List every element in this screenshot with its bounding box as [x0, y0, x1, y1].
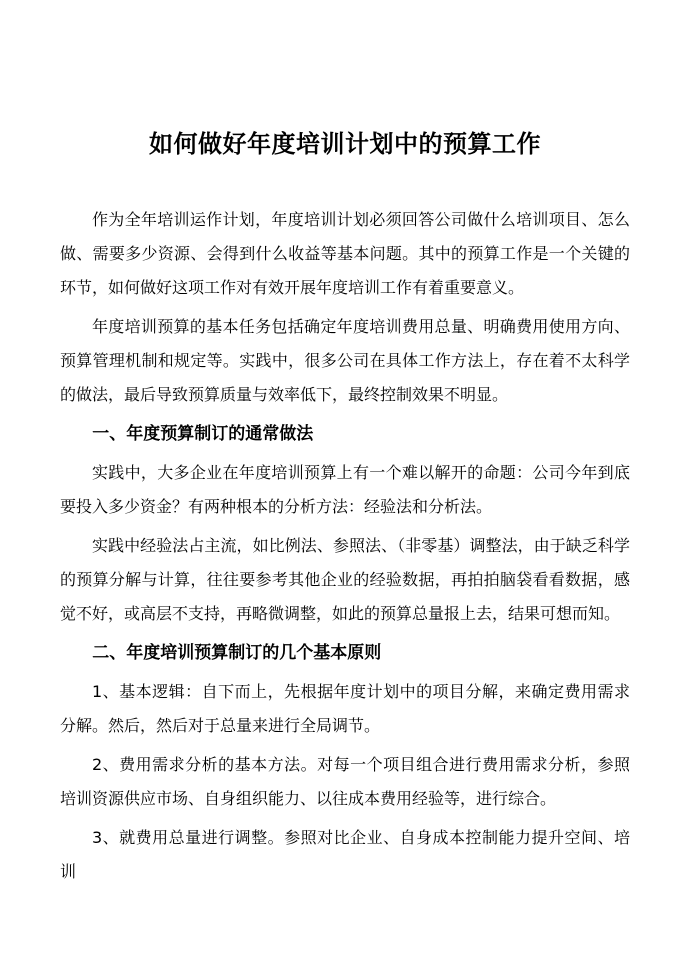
document-content: 如何做好年度培训计划中的预算工作 作为全年培训运作计划，年度培训计划必须回答公司…: [0, 0, 690, 889]
document-title: 如何做好年度培训计划中的预算工作: [60, 128, 630, 160]
body-paragraph: 作为全年培训运作计划，年度培训计划必须回答公司做什么培训项目、怎么做、需要多少资…: [60, 203, 630, 305]
section-heading: 二、年度培训预算制订的几个基本原则: [60, 636, 630, 670]
body-paragraph: 实践中经验法占主流，如比例法、参照法、（非零基）调整法，由于缺乏科学的预算分解与…: [60, 529, 630, 631]
body-paragraph: 年度培训预算的基本任务包括确定年度培训费用总量、明确费用使用方向、预算管理机制和…: [60, 310, 630, 412]
body-paragraph: 实践中，大多企业在年度培训预算上有一个难以解开的命题：公司今年到底要投入多少资金…: [60, 456, 630, 524]
document-page: 如何做好年度培训计划中的预算工作 作为全年培训运作计划，年度培训计划必须回答公司…: [0, 0, 690, 976]
numbered-point-paragraph: 2、费用需求分析的基本方法。对每一个项目组合进行费用需求分析，参照培训资源供应市…: [60, 748, 630, 816]
section-heading: 一、年度预算制订的通常做法: [60, 417, 630, 451]
numbered-point-paragraph: 1、基本逻辑：自下而上，先根据年度计划中的项目分解，来确定费用需求分解。然后，然…: [60, 675, 630, 743]
numbered-point-paragraph: 3、就费用总量进行调整。参照对比企业、自身成本控制能力提升空间、培训: [60, 821, 630, 889]
